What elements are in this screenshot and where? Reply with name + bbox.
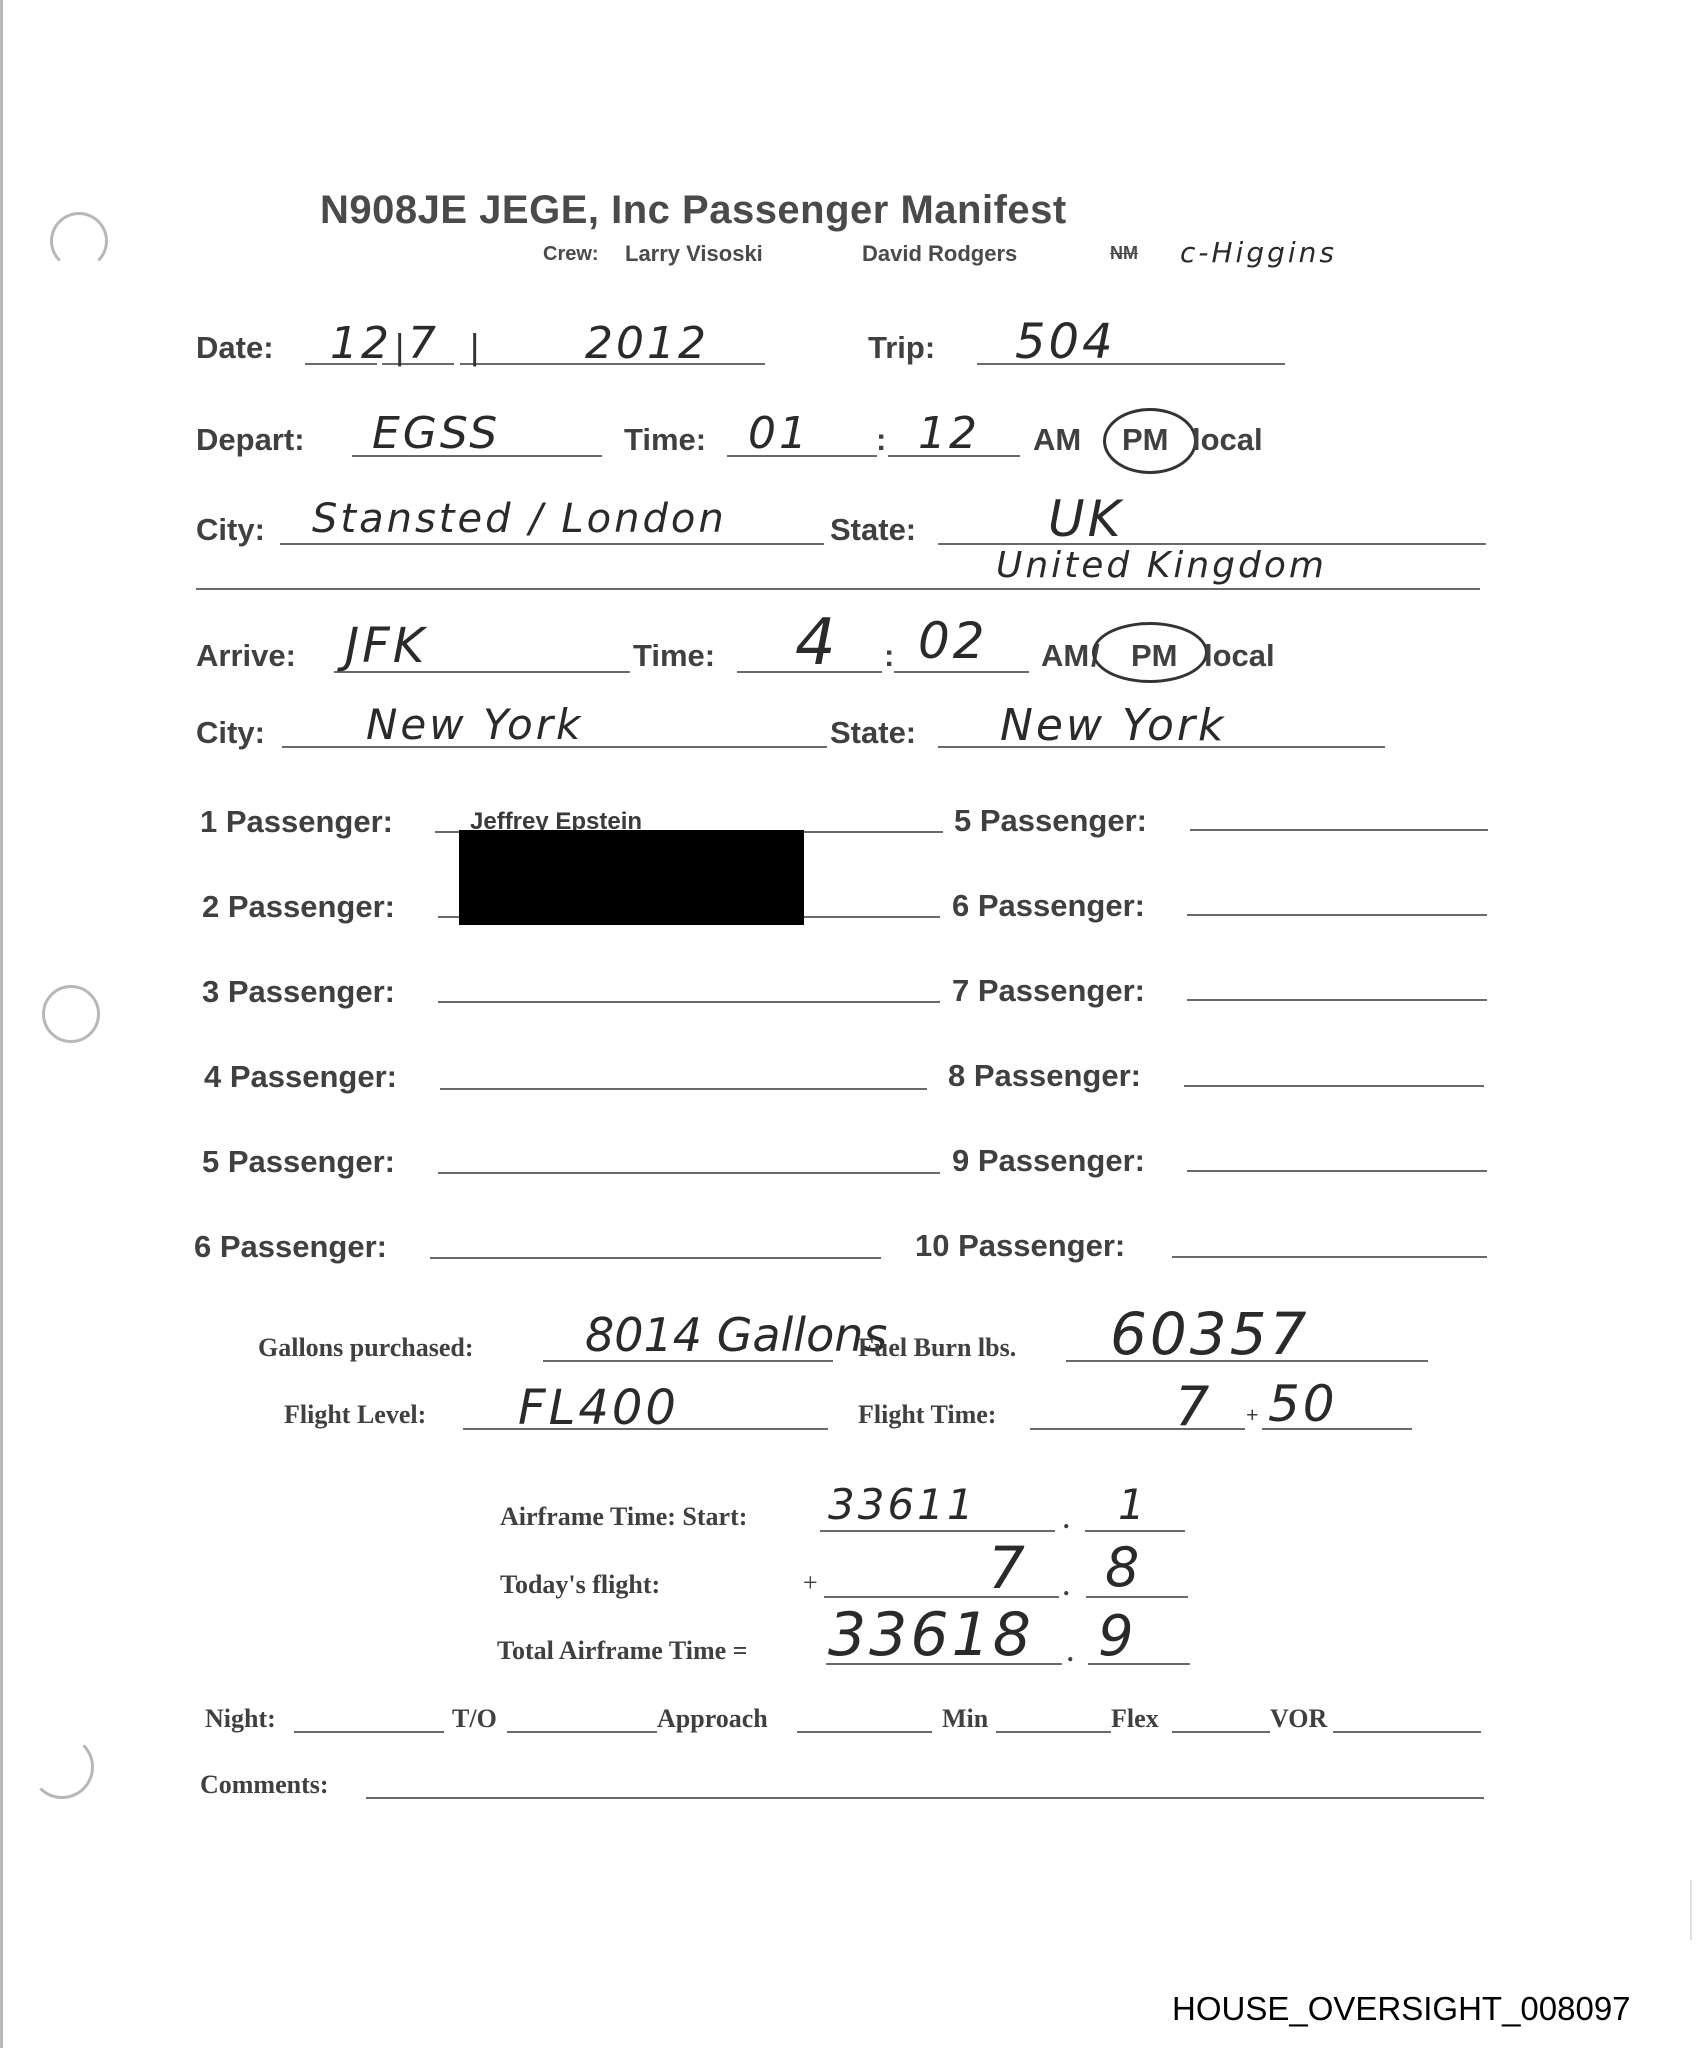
passenger-r3-line (1187, 999, 1487, 1001)
airframe-today-dot: . (1063, 1572, 1070, 1602)
airframe-start-whole-line (820, 1530, 1055, 1532)
airframe-total-label: Total Airframe Time = (497, 1636, 747, 1666)
airframe-start-tenth[interactable]: 1 (1118, 1480, 1148, 1529)
min-label: Min (942, 1704, 988, 1734)
passenger-6-label: 6 Passenger: (194, 1229, 387, 1265)
crew-pilot-1: Larry Visoski (625, 241, 763, 267)
depart-time-colon: : (876, 422, 886, 458)
arrive-minute-value[interactable]: 02 (918, 612, 988, 670)
depart-city-label: City: (196, 512, 265, 548)
arrive-pm-selected-circle (1092, 622, 1208, 683)
depart-state-extra-value[interactable]: United Kingdom (996, 545, 1327, 586)
night-label: Night: (205, 1704, 276, 1734)
comments-label: Comments: (200, 1770, 329, 1800)
passenger-6-line (430, 1257, 881, 1259)
airframe-today-tenth[interactable]: 8 (1105, 1536, 1142, 1599)
gallons-value[interactable]: 8014 Gallons (585, 1308, 887, 1362)
crew-struck-initials: NM (1110, 243, 1138, 264)
binder-hole-icon (42, 985, 100, 1043)
crew-pilot-2: David Rodgers (862, 241, 1017, 267)
depart-local: local (1192, 422, 1263, 458)
arrive-am[interactable]: AM (1041, 638, 1089, 674)
flight-level-value[interactable]: FL400 (518, 1380, 679, 1436)
date-year-value[interactable]: 2012 (585, 318, 709, 369)
fuel-burn-label: Fuel Burn lbs. (858, 1333, 1016, 1363)
airframe-start-dot: . (1063, 1505, 1070, 1535)
depart-state-value[interactable]: UK (1048, 490, 1123, 548)
depart-city-value[interactable]: Stansted / London (312, 496, 727, 542)
depart-state-extra-line (196, 588, 1480, 590)
passenger-r6-line (1172, 1256, 1487, 1258)
date-separator: | (470, 326, 479, 368)
page-title: N908JE JEGE, Inc Passenger Manifest (320, 188, 1067, 233)
vor-label: VOR (1270, 1704, 1327, 1734)
flight-time-hours-line (1030, 1428, 1245, 1430)
airframe-start-tenth-line (1085, 1530, 1185, 1532)
crew-handwritten: c-Higgins (1180, 236, 1337, 269)
flex-label: Flex (1111, 1704, 1159, 1734)
page-edge-right (1690, 1880, 1692, 1940)
trip-label: Trip: (868, 330, 935, 366)
passenger-r5-line (1187, 1170, 1487, 1172)
approach-label: Approach (657, 1704, 768, 1734)
passenger-5-line (438, 1172, 940, 1174)
passenger-r3-label: 7 Passenger: (952, 973, 1145, 1009)
flight-time-plus: + (1246, 1402, 1259, 1428)
comments-line[interactable] (366, 1797, 1484, 1799)
passenger-r2-label: 6 Passenger: (952, 888, 1145, 924)
depart-city-line (280, 543, 824, 545)
depart-am[interactable]: AM (1033, 422, 1081, 458)
arrive-hour-value[interactable]: 4 (795, 606, 839, 680)
airframe-start-label: Airframe Time: Start: (500, 1502, 747, 1532)
vor-line (1333, 1731, 1481, 1733)
depart-minute-value[interactable]: 12 (918, 408, 980, 459)
date-label: Date: (196, 330, 274, 366)
date-month-value[interactable]: 12 (330, 318, 392, 369)
min-line (996, 1731, 1111, 1733)
airframe-start-whole[interactable]: 33611 (828, 1480, 977, 1529)
page-edge-left (0, 0, 3, 2048)
depart-time-label: Time: (624, 422, 706, 458)
arrive-label: Arrive: (196, 638, 296, 674)
passenger-1-label: 1 Passenger: (200, 804, 393, 840)
arrive-state-value[interactable]: New York (1000, 700, 1227, 751)
depart-state-label: State: (830, 512, 916, 548)
arrive-city-label: City: (196, 715, 265, 751)
date-separator: | (395, 326, 404, 368)
arrive-time-colon: : (884, 638, 894, 674)
passenger-r4-label: 8 Passenger: (948, 1058, 1141, 1094)
bates-number: HOUSE_OVERSIGHT_008097 (1172, 1990, 1631, 2028)
passenger-3-line (438, 1001, 940, 1003)
flight-time-minutes[interactable]: 50 (1268, 1375, 1338, 1433)
night-line (294, 1731, 444, 1733)
airframe-today-plus: + (803, 1568, 818, 1598)
airframe-total-dot: . (1067, 1638, 1074, 1668)
depart-label: Depart: (196, 422, 305, 458)
airframe-total-tenth[interactable]: 9 (1098, 1604, 1137, 1669)
passenger-4-line (440, 1088, 927, 1090)
depart-value[interactable]: EGSS (372, 408, 500, 459)
depart-pm-selected-circle (1103, 408, 1197, 474)
flex-line (1172, 1731, 1270, 1733)
arrive-minute-line (894, 671, 1029, 673)
arrive-time-label: Time: (633, 638, 715, 674)
gallons-label: Gallons purchased: (258, 1333, 474, 1363)
arrive-city-value[interactable]: New York (366, 700, 583, 749)
depart-hour-value[interactable]: 01 (748, 408, 810, 459)
to-line (507, 1731, 657, 1733)
passenger-5-label: 5 Passenger: (202, 1144, 395, 1180)
passenger-r6-label: 10 Passenger: (915, 1228, 1125, 1264)
fuel-burn-value[interactable]: 60357 (1110, 1300, 1310, 1368)
approach-line (797, 1731, 932, 1733)
passenger-4-label: 4 Passenger: (204, 1059, 397, 1095)
passenger-r5-label: 9 Passenger: (952, 1143, 1145, 1179)
airframe-today-whole[interactable]: 7 (988, 1534, 1028, 1602)
crew-label: Crew: (543, 243, 599, 266)
flight-level-label: Flight Level: (284, 1400, 426, 1430)
passenger-r1-line (1190, 829, 1488, 831)
trip-value[interactable]: 504 (1015, 314, 1116, 370)
passenger-2-label: 2 Passenger: (202, 889, 395, 925)
arrive-value[interactable]: JFK (345, 618, 427, 674)
redaction-block (459, 830, 804, 925)
binder-hole-icon (30, 1735, 94, 1799)
date-day-value[interactable]: 7 (408, 318, 439, 369)
airframe-total-whole[interactable]: 33618 (828, 1600, 1034, 1670)
passenger-r4-line (1184, 1085, 1484, 1087)
arrive-state-label: State: (830, 715, 916, 751)
arrive-local: local (1204, 638, 1275, 674)
binder-hole-icon (50, 212, 108, 270)
airframe-today-label: Today's flight: (500, 1570, 660, 1600)
passenger-r1-label: 5 Passenger: (954, 803, 1147, 839)
flight-time-label: Flight Time: (858, 1400, 996, 1430)
flight-time-hours[interactable]: 7 (1175, 1375, 1212, 1438)
passenger-r2-line (1187, 914, 1487, 916)
to-label: T/O (452, 1704, 497, 1734)
passenger-3-label: 3 Passenger: (202, 974, 395, 1010)
